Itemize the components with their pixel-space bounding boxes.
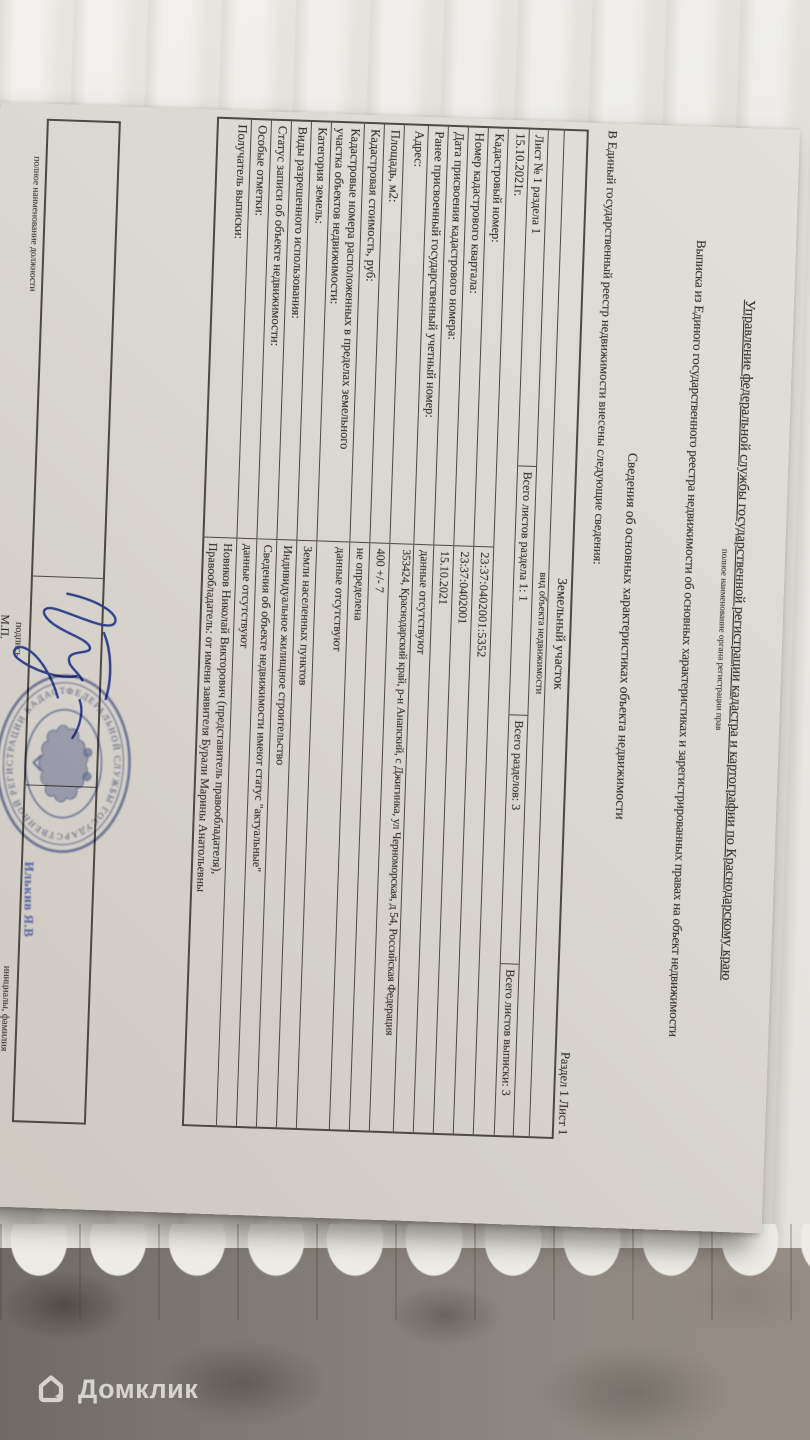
domclick-watermark: Домклик: [34, 1372, 198, 1406]
position-caption: полное наименование должности: [27, 156, 42, 291]
object-characteristics-table: Земельный участок вид объекта недвижимос…: [182, 117, 589, 1139]
house-icon: [34, 1372, 68, 1406]
document-page: Управление федеральной службы государств…: [0, 102, 800, 1233]
name-caption: инициалы, фамилия: [0, 966, 12, 1052]
blanket-edge: [0, 1224, 810, 1320]
photo-scene: Домклик Управление федеральной службы го…: [0, 0, 810, 1440]
official-round-seal: ФЕДЕРАЛЬНОЙ СЛУЖБЫ ГОСУДАРСТВЕННОЙ РЕГИС…: [0, 665, 141, 862]
position-cell: [33, 121, 119, 578]
document-content: Управление федеральной службы государств…: [0, 109, 800, 1146]
domclick-label: Домклик: [78, 1374, 198, 1405]
table-rows: Кадастровый номер: 23:37:0402001:5352 Но…: [184, 119, 509, 1135]
registrar-name-stamp: Илькив Я.В: [20, 861, 37, 937]
